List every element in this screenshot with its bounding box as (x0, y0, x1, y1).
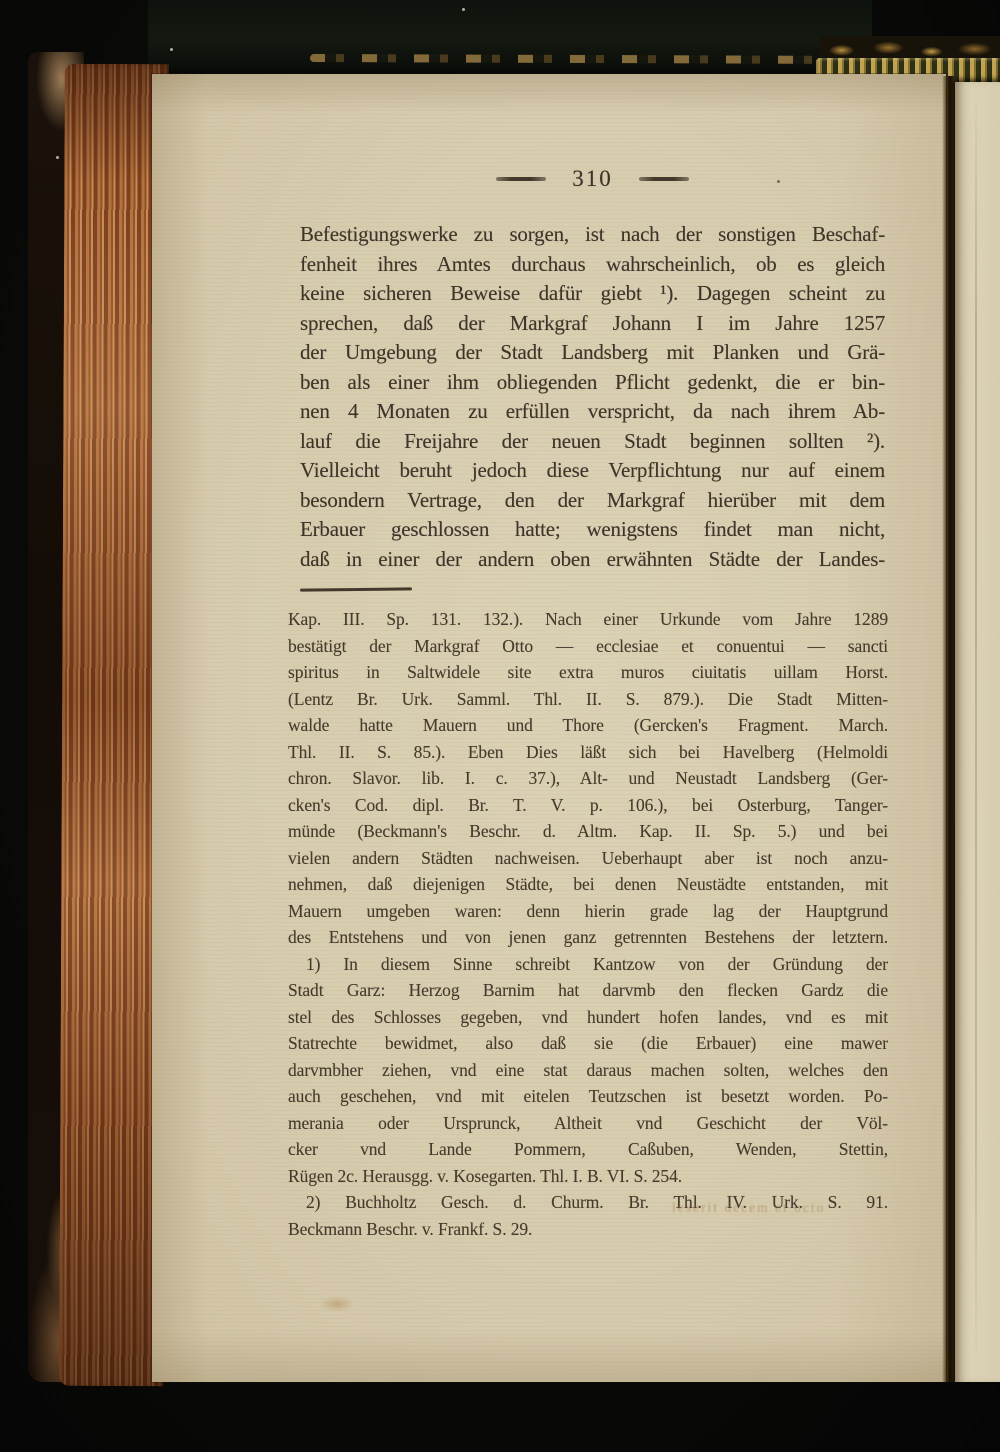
dust-speck (170, 48, 173, 51)
book-scan-photo: 310 Befestigungswerke zu sorgen, ist nac… (0, 0, 1000, 1452)
footnote-line: Mauern umgeben waren: denn hierin grade … (288, 898, 888, 925)
body-text-line: Erbauer geschlossen hatte; wenigstens fi… (300, 515, 885, 545)
dust-speck (462, 8, 465, 11)
footnote-line: Thl. II. S. 85.). Eben Dies läßt sich be… (288, 739, 888, 766)
body-text-line: besondern Vertrage, den der Markgraf hie… (300, 486, 885, 516)
footnote-line: des Entstehens und von jenen ganz getren… (288, 924, 888, 951)
adjacent-page-edge (955, 82, 1000, 1382)
body-text-line: der Umgebung der Stadt Landsberg mit Pla… (300, 338, 885, 368)
footnote-line: darvmbher ziehen, vnd eine stat daraus m… (288, 1057, 888, 1084)
page-header: 310 (300, 162, 885, 196)
footnote-line: Statrechte bewidmet, also daß sie (die E… (288, 1030, 888, 1057)
footnote-line: vielen andern Städten nachweisen. Ueberh… (288, 845, 888, 872)
page-number: 310 (572, 166, 613, 192)
footnote-1: 1) In diesem Sinne schreibt Kantzow von … (288, 951, 888, 1190)
show-through-text: leserit decem et octo (672, 1200, 932, 1219)
footnote-line: 1) In diesem Sinne schreibt Kantzow von … (288, 951, 888, 978)
footnote-line: cker vnd Lande Pommern, Caßuben, Wenden,… (288, 1136, 888, 1163)
body-text-line: nen 4 Monaten zu erfüllen verspricht, da… (300, 397, 885, 427)
body-text-line: sprechen, daß der Markgraf Johann I im J… (300, 309, 885, 339)
footnote-line: chron. Slavor. lib. I. c. 37.), Alt- und… (288, 765, 888, 792)
footnote-line: Kap. III. Sp. 131. 132.). Nach einer Urk… (288, 606, 888, 633)
dust-speck (777, 180, 780, 183)
footnote-line: auch geschehen, vnd mit eitelen Teutzsch… (288, 1083, 888, 1110)
body-text-line: Vielleicht beruht jedoch diese Verpflich… (300, 456, 885, 486)
body-text: Befestigungswerke zu sorgen, ist nach de… (300, 220, 885, 574)
footnote-line: walde hatte Mauern und Thore (Gercken's … (288, 712, 888, 739)
footnote-line: Rügen 2c. Herausgg. v. Kosegarten. Thl. … (288, 1163, 888, 1190)
scanned-page: 310 Befestigungswerke zu sorgen, ist nac… (152, 74, 946, 1382)
header-rule-left (496, 177, 546, 181)
footnote-line: Beckmann Beschr. v. Frankf. S. 29. (288, 1216, 888, 1243)
footnote-continuation: Kap. III. Sp. 131. 132.). Nach einer Urk… (288, 606, 888, 951)
body-text-line: lauf die Freijahre der neuen Stadt begin… (300, 427, 885, 457)
footnote-line: (Lentz Br. Urk. Samml. Thl. II. S. 879.)… (288, 686, 888, 713)
paper-stain (320, 1296, 354, 1312)
body-text-line: daß in einer der andern oben erwähnten S… (300, 545, 885, 575)
footnote-separator-rule (300, 587, 412, 591)
dust-speck (56, 156, 59, 159)
footnote-line: stel des Schlosses gegeben, vnd hundert … (288, 1004, 888, 1031)
footnote-line: cken's Cod. dipl. Br. T. V. p. 106.), be… (288, 792, 888, 819)
body-text-line: fenheit ihres Amtes durchaus wahrscheinl… (300, 250, 885, 280)
body-text-line: keine sicheren Beweise dafür giebt ¹). D… (300, 279, 885, 309)
footnote-line: Stadt Garz: Herzog Barnim hat darvmb den… (288, 977, 888, 1004)
page-crease (975, 82, 977, 1382)
footnotes: Kap. III. Sp. 131. 132.). Nach einer Urk… (288, 606, 888, 1242)
header-rule-right (639, 177, 689, 181)
footnote-line: münde (Beckmann's Beschr. d. Altm. Kap. … (288, 818, 888, 845)
footnote-line: nehmen, daß diejenigen Städte, bei denen… (288, 871, 888, 898)
footnote-line: spiritus in Saltwidele site extra muros … (288, 659, 888, 686)
body-text-line: Befestigungswerke zu sorgen, ist nach de… (300, 220, 885, 250)
footnote-line: merania oder Ursprunck, Altheit vnd Gesc… (288, 1110, 888, 1137)
body-text-line: ben als einer ihm obliegenden Pflicht ge… (300, 368, 885, 398)
footnote-line: bestätigt der Markgraf Otto — ecclesiae … (288, 633, 888, 660)
